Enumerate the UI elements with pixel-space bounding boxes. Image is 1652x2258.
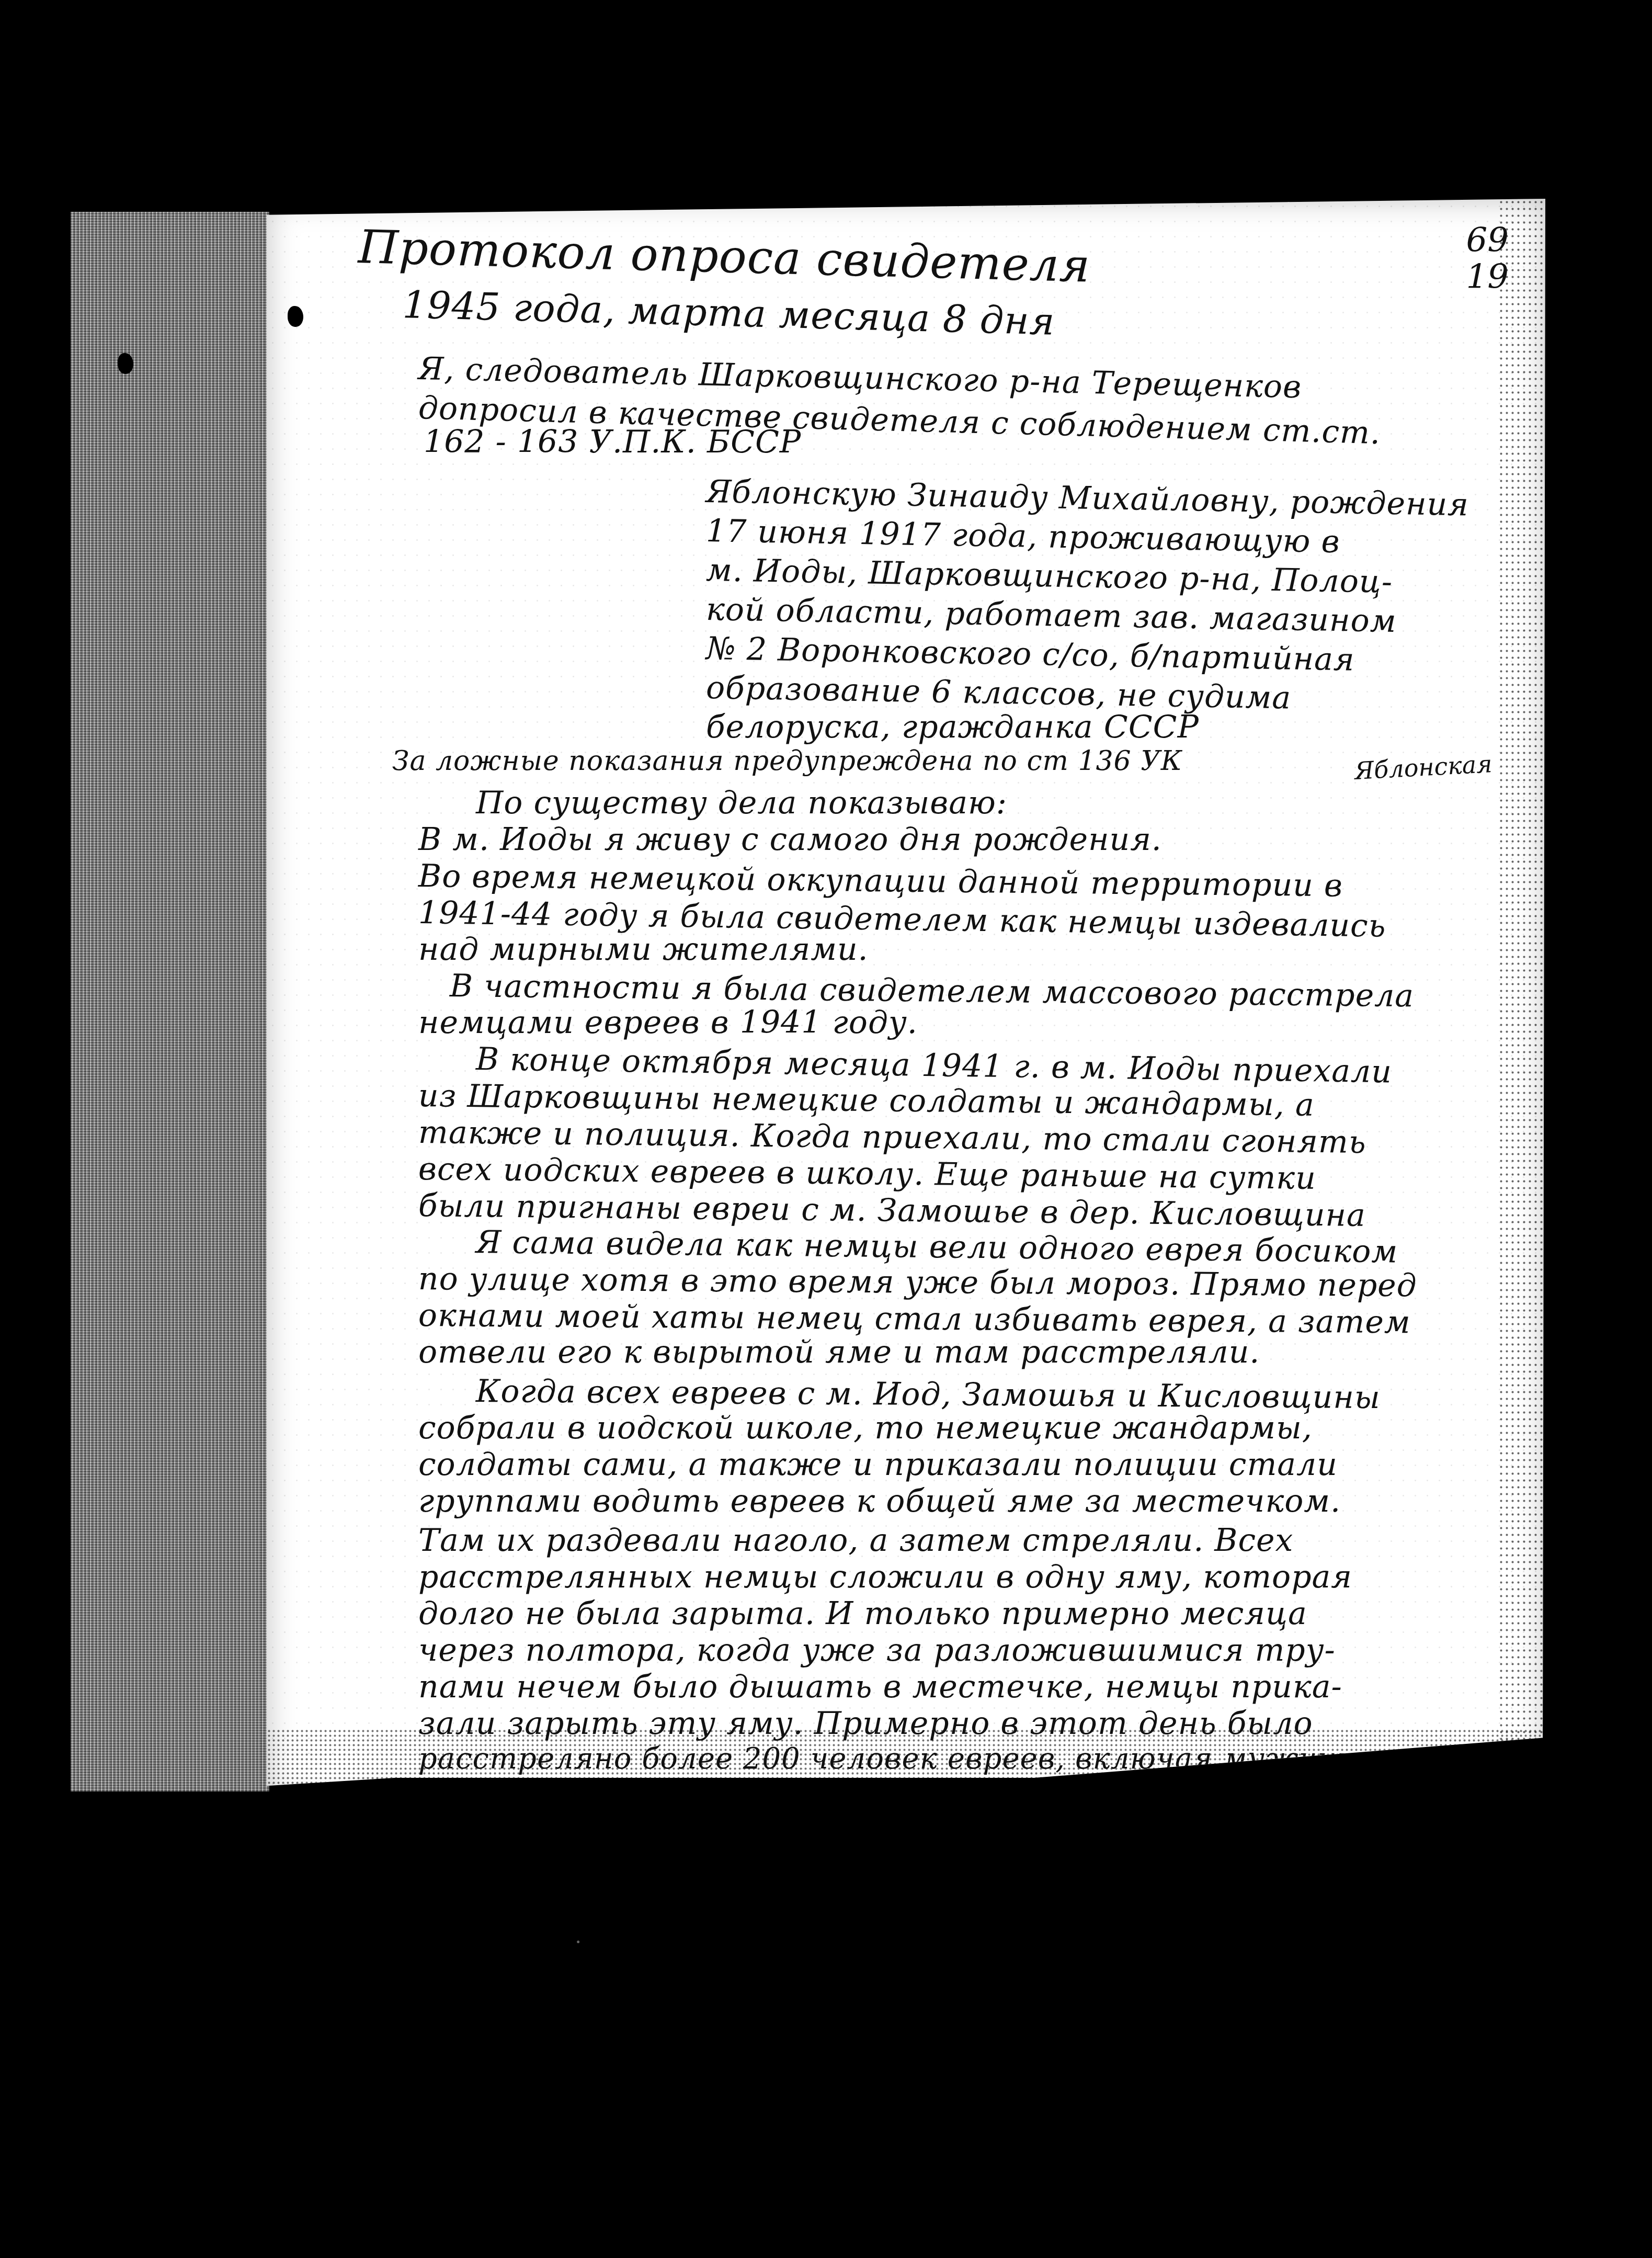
document-page: 69 19 Протокол опроса свидетеля 1945 год… (267, 199, 1545, 1802)
testimony-line: над мирными жителями. (418, 931, 869, 968)
perjury-warning: За ложные показания предупреждена по ст … (392, 745, 1182, 777)
testimony-line: По существу дела показываю: (476, 785, 1007, 821)
testimony-line: расстрелянных немцы сложили в одну яму, … (418, 1559, 1352, 1595)
testimony-line: зали зарыть эту яму. Примерно в этот ден… (418, 1705, 1313, 1742)
punch-hole (288, 306, 303, 327)
testimony-line: через полтора, когда уже за разложившими… (418, 1632, 1336, 1669)
testimony-line: по улице хотя в это время уже был мороз.… (418, 1261, 1417, 1304)
binding-strip (71, 212, 269, 1791)
testimony-line: отвели его к вырытой яме и там расстреля… (418, 1334, 1260, 1370)
testimony-line: В м. Иоды я живу с самого дня рождения. (418, 821, 1162, 858)
testimony-line: собрали в иодской школе, то немецкие жан… (418, 1410, 1313, 1446)
date-line: 1945 года, марта месяца 8 дня (402, 282, 1056, 344)
witness-line: белоруска, гражданка СССР (706, 709, 1199, 745)
testimony-line: немцами евреев в 1941 году. (418, 1004, 918, 1041)
page-number-top: 69 (1466, 221, 1509, 260)
testimony-line: пами нечем было дышать в местечке, немцы… (418, 1669, 1342, 1705)
testimony-line: солдаты сами, а также и приказали полици… (418, 1446, 1338, 1483)
paper-edge-texture (1498, 199, 1545, 1802)
punch-hole (118, 353, 133, 374)
testimony-line: Там их раздевали наголо, а затем стрелял… (418, 1522, 1293, 1559)
page-number: 69 19 (1451, 222, 1509, 296)
header-line: 162 - 163 У.П.К. БССР (424, 424, 801, 460)
testimony-line: группами водить евреев к общей яме за ме… (418, 1483, 1341, 1519)
witness-signature: Яблонская (1354, 750, 1493, 785)
document-title: Протокол опроса свидетеля (358, 220, 1091, 293)
page-number-bottom: 19 (1466, 259, 1509, 296)
testimony-line: долго не была зарыта. И только примерно … (418, 1595, 1307, 1632)
